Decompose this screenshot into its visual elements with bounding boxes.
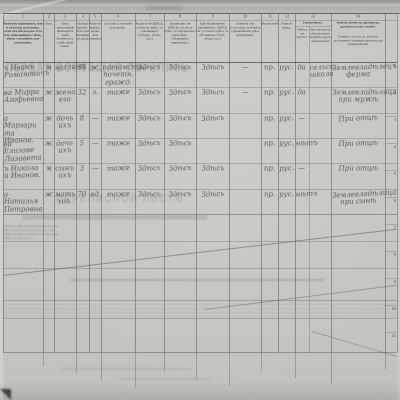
row-strip-number: 4 [391,144,396,149]
row-6-cell-registered-text: Здѣсь [165,191,195,199]
row-3-cell-religion: пр. [262,116,277,126]
row-strip-number: 8 [391,252,396,257]
row-2-cell-registered: Здѣсь [165,90,195,101]
row-3-cell-lit_a: — [296,115,308,125]
row-rule [3,113,397,114]
row-1-cell-resides-text: Здѣсь [197,65,228,73]
row-5-cell-lit_a: — [296,166,308,176]
column-number: 7 [148,14,152,19]
header-cell-occupation-main: Главное, то есть то, которое доставляетъ… [331,35,385,61]
header-cell-relation-text: Какъ записанный приходится главѣ хозяйст… [54,22,76,48]
row-2-cell-name: ва Мирра Агафьевна [4,90,43,110]
row-rule [3,189,397,190]
row-5-cell-sex-text: м [44,166,53,173]
row-4-cell-lit_a: нѣтъ [296,141,308,151]
header-cell-name: Фамилія (прозвище), имя и отчество или и… [3,22,43,61]
row-6-cell-relation-text: мать хоз. [55,191,75,206]
row-strip-number: 1 [391,63,396,68]
row-3-cell-estate: тоже [102,115,134,125]
row-5-cell-resides: Здѣсь [197,166,228,176]
row-1-cell-age-text: 34 [77,65,88,73]
table-vline-tail [295,352,296,378]
row-2-cell-occupation: Землевладѣлица при мужѣ [332,90,384,109]
header-cell-absence-text: Отмѣтка объ отсутствіи, отлучкѣ и о врем… [229,22,261,37]
row-4-cell-registered-text: Здѣсь [165,141,195,149]
row-1-cell-lit_a: да [296,65,308,75]
row-3-cell-relation-text: дочь ихъ [55,116,75,131]
row-2-cell-marital-text: з. [90,90,100,98]
row-5-cell-language-text: рус. [279,166,294,174]
row-6-cell-lit_a-text: нѣтъ [296,191,308,199]
header-cell-marital: Холостъ, женатъ, вдовъ или разведенъ. [89,22,101,61]
row-3-cell-resides: Здѣсь [197,115,228,126]
row-6-cell-age-text: 70 [77,191,88,199]
row-1-cell-name-text: ъ Иванъ Романовичъ [4,64,43,81]
table-vline-tail [196,352,197,379]
row-1-cell-sex-text: м [44,65,53,73]
row-2-cell-resides: Здѣсь [197,90,228,100]
row-6-cell-occupation-text: Землевладѣлица при сынѣ [332,190,385,207]
row-5-cell-estate-text: тоже [102,165,134,174]
column-number: 2 [47,14,51,19]
census-sheet-scan: ПЕРВАЯ ВСЕОБЩАЯ ПЕРЕПИСЬ ПЕРЕПИСНОЙ ЛИСТ… [0,0,400,400]
row-5-cell-occupation-text: При отцѣ [332,166,384,174]
row-4-cell-born: Здѣсь [136,140,163,151]
row-1-cell-name: ъ Иванъ Романовичъ [4,64,43,85]
row-5-cell-resides-text: Здѣсь [197,166,228,174]
bottom-shadow [0,382,400,400]
row-3-cell-marital: — [90,116,100,126]
row-4-cell-sex: ж [44,141,53,151]
row-2-cell-born: Здѣсь [136,90,163,100]
scan-top-edge [0,0,400,13]
row-2-cell-absence: — [230,90,260,100]
header-cell-language-text: Родной языкъ. [278,22,295,30]
column-number: 8 [178,14,182,19]
row-5-cell-age: 3 [77,166,88,176]
row-1-cell-occupation: Землевладѣлецъ ферма [332,64,385,84]
row-6-cell-estate-text: тоже [102,191,134,199]
row-1-cell-lit_b-text: сельск. школа [310,64,331,80]
row-3-cell-registered-text: Здѣсь [165,115,195,123]
row-6-cell-name-text: а Наталья Петровна [4,191,42,213]
row-5-cell-registered: Здѣсь [165,166,195,177]
row-5-cell-relation-text: сынъ ихъ [55,166,75,181]
row-1-cell-religion: пр. [262,65,277,75]
row-5-cell-lit_a-text: — [296,166,308,173]
row-4-cell-age-text: 5 [77,141,88,149]
header-cell-estate-text: Сословіе, состояніе или званіе. [101,22,135,30]
header-cell-sex-text: Полъ. [43,22,54,26]
empty-row-rule [3,241,397,242]
row-4-cell-marital-text: — [90,141,100,148]
row-rule [3,138,397,139]
column-number: 5 [93,14,97,19]
bleed-scribble [60,368,190,370]
header-occupation-group-text: Занятіе, ремесло, промыслъ, должность ил… [331,21,385,29]
row-3-cell-relation: дочь ихъ [55,116,75,135]
row-1-cell-born-text: Здѣсь [136,64,163,73]
row-1-cell-registered-text: Здѣсь [165,65,195,73]
row-1-cell-estate-text: потомств. почетн. гражд. [102,65,134,87]
row-rule [3,87,397,88]
row-5-cell-registered-text: Здѣсь [165,166,195,175]
row-4-cell-estate-text: тоже [102,141,134,149]
row-3-cell-language-text: рус. [279,115,294,123]
row-strip-number: 3 [391,117,396,122]
row-6-cell-language: рус. [279,191,294,201]
row-2-cell-relation: жена его [55,90,76,109]
row-5-cell-language: рус. [279,166,294,176]
row-2-cell-lit_a-text: да [296,90,308,97]
row-5-cell-marital: — [90,166,100,176]
header-cell-lit-b: Гдѣ обучается, обучался или кончилъ курс… [309,28,331,61]
row-1-cell-religion-text: пр. [262,65,277,73]
header-cell-language: Родной языкъ. [278,22,295,61]
header-cell-marital-text: Холостъ, женатъ, вдовъ или разведенъ. [89,22,101,41]
row-6-cell-religion-text: пр. [262,192,277,200]
literacy-group-rule [295,26,331,27]
row-3-cell-sex-text: ж [44,115,53,123]
row-strip-number: 5 [391,171,396,176]
row-5-cell-born: Здѣсь [136,166,163,176]
row-5-cell-religion: пр. [262,166,277,176]
row-1-cell-absence-text: — [230,65,260,73]
header-cell-sex: Полъ. [43,22,54,61]
column-number: 3 [63,14,67,19]
row-2-cell-marital: з. [90,90,100,100]
row-strip-number: 2 [391,90,396,95]
row-2-cell-estate: тоже [102,89,134,100]
row-4-cell-relation-text: дочь ихъ [55,140,76,156]
row-5-cell-born-text: Здѣсь [136,166,163,174]
row-3-cell-born-text: Здѣсь [136,116,163,124]
row-2-cell-relation-text: жена его [55,90,75,105]
row-2-cell-registered-text: Здѣсь [165,90,195,99]
row-3-cell-lit_a-text: — [296,115,308,123]
empty-row-rule [3,352,397,353]
header-cell-resides-text: Гдѣ обыкновенно проживаетъ: ЗДѢСЬ ли, а … [196,22,229,41]
row-4-cell-occupation-text: При отцѣ [332,140,384,149]
header-cell-religion: Вѣроисповѣданіе. [261,22,278,61]
row-6-cell-resides: Здѣсь [197,191,228,202]
row-6-cell-lit_a: нѣтъ [296,191,308,201]
bleed-through-band [3,300,397,318]
row-2-cell-resides-text: Здѣсь [197,90,228,98]
row-4-cell-name-text: ва Елизаве Лизавета [3,140,42,164]
row-4-cell-estate: тоже [102,141,134,151]
row-6-cell-occupation: Землевладѣлица при сынѣ [332,190,385,212]
row-3-cell-registered: Здѣсь [165,115,195,125]
row-5-cell-marital-text: — [90,166,100,174]
row-1-cell-relation: хозяинъ [55,64,75,74]
row-1-cell-born: Здѣсь [136,64,163,75]
row-4-cell-language: рус. [279,141,294,151]
header-literacy-group-text: Грамотность. [295,21,331,25]
column-number: 13 [311,14,315,19]
row-4-cell-lit_a-text: нѣтъ [296,141,308,149]
header-occupation-group: Занятіе, ремесло, промыслъ, должность ил… [331,21,385,34]
row-3-cell-language: рус. [279,115,294,125]
table-vline-tail [261,352,262,371]
row-1-cell-lit_b: сельск. школа [310,64,331,84]
row-3-cell-born: Здѣсь [136,116,163,126]
faint-page-marking [146,6,182,10]
row-6-cell-sex: ж [44,191,53,201]
header-cell-relation: Какъ записанный приходится главѣ хозяйст… [54,22,76,61]
instruction-footnote: Если кто либо изъ записанныхъ въ семъ ли… [4,224,62,264]
row-5-cell-occupation: При отцѣ [332,166,384,176]
table-vline-tail [43,352,44,366]
row-5-cell-relation: сынъ ихъ [55,166,76,185]
row-strip-number: 11 [391,333,396,338]
column-number: 12 [285,14,289,19]
row-6-cell-marital: вд. [90,191,100,201]
row-2-cell-name-text: ва Мирра Агафьевна [4,90,42,106]
row-2-cell-age-text: 32 [77,90,88,97]
row-1-cell-marital-text: ж. [90,65,100,72]
header-cell-lit-a-text: Умѣетъ ли читать? [295,28,309,39]
row-6-cell-resides-text: Здѣсь [197,191,228,200]
row-strip-number: 9 [391,279,396,284]
row-6-cell-relation: мать хоз. [55,191,75,210]
row-1-cell-language: рус. [279,65,294,75]
header-cell-age: Сколько минуло лѣтъ или мѣсяцевъ отъ род… [76,22,89,61]
row-2-cell-born-text: Здѣсь [136,90,163,98]
row-5-cell-sex: м [44,166,53,176]
header-cell-lit-a: Умѣетъ ли читать? [295,28,309,61]
row-3-cell-religion-text: пр. [262,116,277,124]
header-cell-registered-text: Приписанъ ли ЗДѢСЬ, а если не здѣсь, то … [164,22,196,45]
row-6-cell-born: Здѣсь [136,191,163,201]
row-2-cell-religion: пр. [262,90,277,100]
row-2-cell-language-text: рус. [279,90,294,98]
row-strip-number: 6 [391,198,396,203]
row-6-cell-language-text: рус. [279,191,294,199]
row-4-cell-marital: — [90,141,100,151]
row-1-cell-occupation-text: Землевладѣлецъ ферма [332,64,384,80]
empty-row-rule [3,214,397,215]
row-3-cell-marital-text: — [90,116,100,124]
row-5-cell-religion-text: пр. [262,166,277,174]
row-6-cell-age: 70 [77,191,88,201]
row-6-cell-registered: Здѣсь [165,191,195,201]
header-cell-age-text: Сколько минуло лѣтъ или мѣсяцевъ отъ род… [76,22,89,41]
row-3-cell-age-text: 8 [77,115,88,123]
column-number: 10 [243,14,247,19]
row-4-cell-registered: Здѣсь [165,141,195,151]
row-5-cell-name-text: ъ Никола й Иванов. [4,166,42,182]
column-number: 6 [116,14,120,19]
header-cell-religion-text: Вѣроисповѣданіе. [261,22,278,26]
row-1-cell-relation-text: хозяинъ [55,64,75,72]
row-6-cell-marital-text: вд. [90,191,100,199]
row-2-cell-language: рус. [279,90,294,100]
row-6-cell-estate: тоже [102,191,134,201]
header-cell-name-text: Фамилія (прозвище), имя и отчество или и… [3,22,43,45]
bleed-scribble-2 [120,378,210,380]
row-2-cell-age: 32 [77,90,88,100]
header-cell-resides: Гдѣ обыкновенно проживаетъ: ЗДѢСЬ ли, а … [196,22,229,61]
column-number: 11 [268,14,272,19]
table-vline-tail [385,352,386,370]
row-1-cell-resides: Здѣсь [197,65,228,75]
row-6-cell-born-text: Здѣсь [136,191,163,199]
row-4-cell-occupation: При отцѣ [332,140,384,151]
row-3-cell-age: 8 [77,115,88,125]
row-4-cell-age: 5 [77,141,88,151]
row-5-cell-age-text: 3 [77,166,88,173]
row-4-cell-religion-text: пр. [262,141,277,149]
section-note-line-2 [70,279,325,281]
row-4-cell-sex-text: ж [44,141,53,149]
header-cell-registered: Приписанъ ли ЗДѢСЬ, а если не здѣсь, то … [164,22,196,61]
row-4-cell-language-text: рус. [279,141,294,149]
row-1-cell-registered: Здѣсь [165,65,195,75]
table-vline-tail [101,352,102,380]
section-note-line [22,216,207,219]
row-4-cell-religion: пр. [262,141,277,151]
header-cell-born-text: Родился ли ЗДѢСЬ, а если не здѣсь, то гд… [135,22,164,41]
row-4-cell-born-text: Здѣсь [136,140,163,149]
row-1-cell-age: 34 [77,65,88,75]
row-2-cell-sex: ж [44,90,53,100]
row-2-cell-absence-text: — [230,90,260,98]
header-cell-lit-b-text: Гдѣ обучается, обучался или кончилъ курс… [309,28,331,43]
row-5-cell-estate: тоже [102,165,134,176]
row-6-cell-sex-text: ж [44,191,53,199]
column-number: 9 [211,14,215,19]
row-3-cell-occupation: При отцѣ [332,114,384,126]
row-3-cell-resides-text: Здѣсь [197,115,228,124]
row-1-cell-marital: ж. [90,65,100,75]
row-2-cell-occupation-text: Землевладѣлица при мужѣ [332,90,384,105]
column-number: 4 [81,14,85,19]
column-number: 1 [21,14,25,19]
header-bottom-rule [3,62,397,63]
header-cell-born: Родился ли ЗДѢСЬ, а если не здѣсь, то гд… [135,22,164,61]
row-2-cell-sex-text: ж [44,90,53,97]
row-2-cell-estate-text: тоже [102,89,134,98]
header-cell-occupation-main-text: Главное, то есть то, которое доставляетъ… [331,35,385,46]
row-1-cell-lit_a-text: да [296,65,308,73]
column-number: 14 [356,14,360,19]
row-5-cell-name: ъ Никола й Иванов. [4,166,43,186]
header-cell-absence: Отмѣтка объ отсутствіи, отлучкѣ и о врем… [229,22,261,61]
table-vline-tail [331,352,332,385]
header-cell-estate: Сословіе, состояніе или званіе. [101,22,135,61]
table-top-border [0,13,400,14]
row-1-cell-absence: — [230,65,260,75]
row-3-cell-sex: ж [44,115,53,125]
row-2-cell-religion-text: пр. [262,90,277,98]
row-2-cell-lit_a: да [296,90,308,100]
row-6-cell-religion: пр. [262,192,277,202]
row-1-cell-sex: м [44,65,53,75]
empty-row-rule [3,318,397,319]
row-1-cell-language-text: рус. [279,65,294,73]
row-3-cell-occupation-text: При отцѣ [332,114,384,124]
row-rule [3,163,397,164]
table-vline-tail [229,352,230,386]
row-4-cell-relation: дочь ихъ [55,140,76,160]
row-3-cell-estate-text: тоже [102,115,134,123]
